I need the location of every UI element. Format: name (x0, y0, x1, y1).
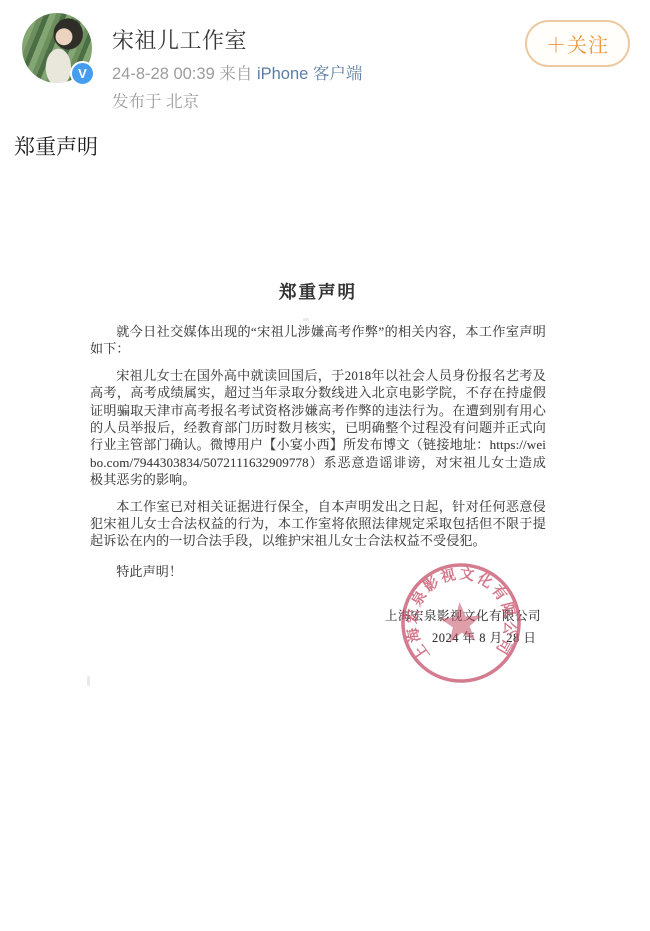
statement-date: 2024 年 8 月 28 日 (432, 628, 536, 646)
statement-paragraph: 本工作室已对相关证据进行保全，自本声明发出之日起，针对任何恶意侵犯宋祖儿女士合法… (90, 498, 546, 550)
post-content-text: 郑重声明 (14, 131, 98, 161)
source-client-link[interactable]: iPhone 客户端 (257, 65, 362, 83)
follow-button[interactable]: ＋关注 (525, 20, 630, 67)
statement-title: 郑重声明 (90, 282, 546, 302)
timestamp: 24-8-28 00:39 (112, 65, 215, 83)
post-meta: 24-8-28 00:39 来自 iPhone 客户端 (112, 60, 362, 84)
weibo-post-card: V 宋祖儿工作室 24-8-28 00:39 来自 iPhone 客户端 发布于… (0, 0, 650, 931)
statement-closing: 特此声明！ (90, 563, 546, 580)
verified-badge-icon: V (70, 61, 95, 86)
scan-artifact (87, 676, 90, 686)
statement-paragraph: 就今日社交媒体出现的“宋祖儿涉嫌高考作弊”的相关内容，本工作室声明如下： (90, 323, 546, 358)
scan-artifact (303, 318, 309, 321)
company-signature: 上海宏泉影视文化有限公司 (385, 606, 550, 624)
statement-paragraph: 宋祖儿女士在国外高中就读回国后，于2018年以社会人员身份报名艺考及高考，高考成… (90, 367, 546, 489)
source-prefix: 来自 (219, 65, 252, 83)
author-name[interactable]: 宋祖儿工作室 (112, 24, 247, 55)
post-location: 发布于 北京 (112, 88, 199, 112)
statement-body: 郑重声明 就今日社交媒体出现的“宋祖儿涉嫌高考作弊”的相关内容，本工作室声明如下… (90, 282, 546, 580)
